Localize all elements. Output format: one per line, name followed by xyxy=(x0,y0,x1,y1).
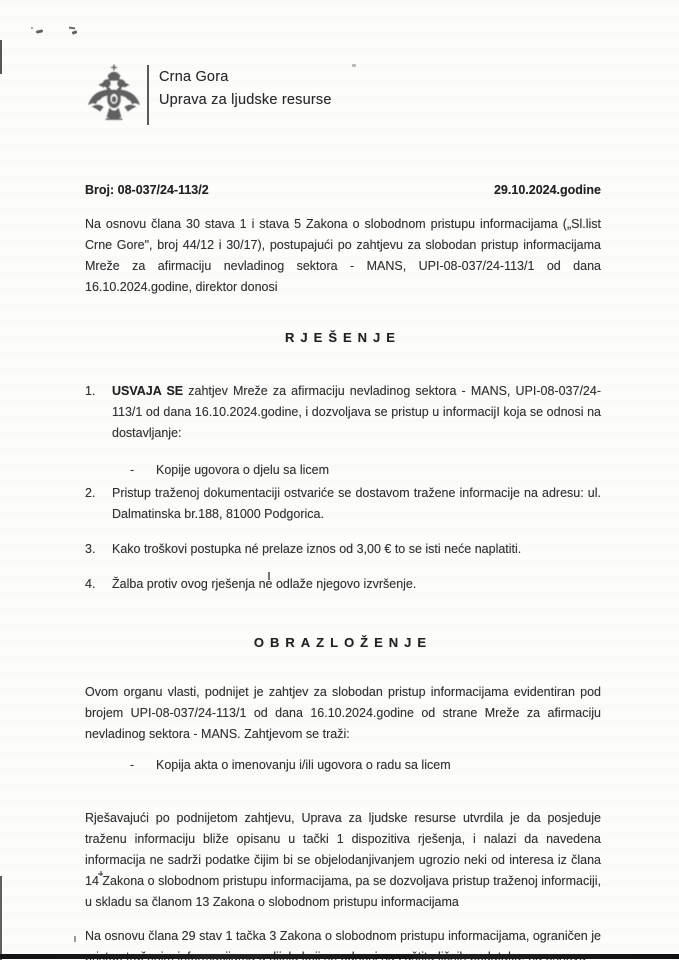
reasoning-bullet-text: Kopija akta o imenovanju i/ili ugovora o… xyxy=(156,755,451,776)
letterhead-divider xyxy=(147,65,149,125)
item-number: 3. xyxy=(85,539,112,560)
document-number: Broj: 08-037/24-113/2 xyxy=(85,180,209,201)
dash-bullet: - xyxy=(130,755,156,776)
montenegro-coat-of-arms-icon xyxy=(85,63,143,125)
decision-item-1-sub-bullet: - Kopije ugovora o djelu sa licem xyxy=(130,460,601,481)
scan-edge-line xyxy=(0,876,2,960)
scan-speck xyxy=(31,27,33,29)
reasoning-bullet: - Kopija akta o imenovanju i/ili ugovora… xyxy=(130,755,601,776)
scan-speck xyxy=(352,64,356,67)
item-number: 1. xyxy=(85,381,112,444)
decision-item-1: 1. USVAJA SE zahtjev Mreže za afirmaciju… xyxy=(85,381,601,444)
decision-list: 1. USVAJA SE zahtjev Mreže za afirmaciju… xyxy=(85,381,601,595)
document-page: Crna Gora Uprava za ljudske resurse Broj… xyxy=(0,0,679,960)
letterhead-text: Crna Gora Uprava za ljudske resurse xyxy=(159,63,332,110)
reasoning-paragraph-1: Ovom organu vlasti, podnijet je zahtjev … xyxy=(85,682,601,745)
item-text: Žalba protiv ovog rješenja ne odlaže nje… xyxy=(112,574,601,595)
country-name: Crna Gora xyxy=(159,67,332,87)
reasoning-heading: OBRAZLOŽENJE xyxy=(85,632,601,653)
scan-speck xyxy=(72,30,78,35)
decision-item-3: 3. Kako troškovi postupka né prelaze izn… xyxy=(85,539,601,560)
reasoning-paragraph-2: Rješavajući po podnijetom zahtjevu, Upra… xyxy=(85,808,601,913)
item-text: Pristup traženoj dokumentaciji ostvariće… xyxy=(112,483,601,525)
decision-heading: RJEŠENJE xyxy=(85,327,601,348)
scan-speck xyxy=(36,29,43,33)
scan-speck xyxy=(100,871,102,876)
scan-speck xyxy=(74,936,76,942)
reference-row: Broj: 08-037/24-113/2 29.10.2024.godine xyxy=(85,180,601,201)
letterhead: Crna Gora Uprava za ljudske resurse xyxy=(85,0,601,125)
document-date: 29.10.2024.godine xyxy=(494,180,601,201)
dash-bullet: - xyxy=(130,460,156,481)
scan-bottom-border xyxy=(0,954,679,959)
preamble-paragraph: Na osnovu člana 30 stava 1 i stava 5 Zak… xyxy=(85,214,601,298)
decision-item-4: 4. Žalba protiv ovog rješenja ne odlaže … xyxy=(85,574,601,595)
sub-bullet-text: Kopije ugovora o djelu sa licem xyxy=(156,460,329,481)
organization-name: Uprava za ljudske resurse xyxy=(159,90,332,110)
item-text: USVAJA SE zahtjev Mreže za afirmaciju ne… xyxy=(112,381,601,444)
item-text-rest: zahtjev Mreže za afirmaciju nevladinog s… xyxy=(112,384,601,440)
document-content: Crna Gora Uprava za ljudske resurse Broj… xyxy=(85,0,601,960)
item-number: 4. xyxy=(85,574,112,595)
scan-edge-line xyxy=(0,40,2,74)
item-text: Kako troškovi postupka né prelaze iznos … xyxy=(112,539,601,560)
decision-item-2: 2. Pristup traženoj dokumentaciji ostvar… xyxy=(85,483,601,525)
scan-speck xyxy=(268,572,270,580)
scan-speck xyxy=(69,27,75,30)
item-bold-text: USVAJA SE xyxy=(112,384,183,398)
item-number: 2. xyxy=(85,483,112,525)
